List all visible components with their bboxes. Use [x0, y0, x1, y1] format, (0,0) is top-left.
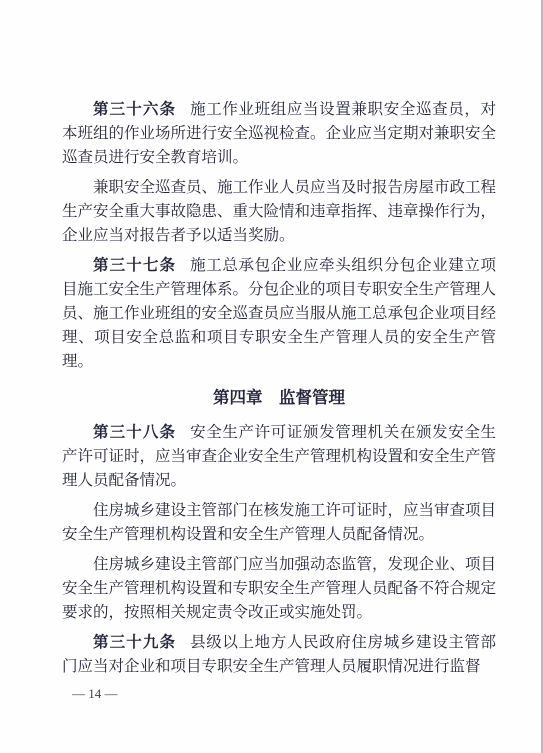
dynamic-supervision-text: 住房城乡建设主管部门应当加强动态监管，发现企业、项目安全生产管理机构设置和专职安…	[62, 556, 496, 621]
article-38-paragraph: 第三十八条安全生产许可证颁发管理机关在颁发安全生产许可证时，应当审查企业安全生产…	[62, 421, 496, 493]
article-36-paragraph: 第三十六条施工作业班组应当设置兼职安全巡查员，对本班组的作业场所进行安全巡视检查…	[62, 98, 496, 170]
document-body: 第三十六条施工作业班组应当设置兼职安全巡查员，对本班组的作业场所进行安全巡视检查…	[62, 98, 496, 703]
construction-permit-review-text: 住房城乡建设主管部门在核发施工许可证时，应当审查项目安全生产管理机构设置和安全生…	[62, 502, 496, 543]
article-38-number: 第三十八条	[93, 424, 176, 441]
article-37-number: 第三十七条	[93, 257, 176, 274]
page-number: — 14 —	[62, 685, 496, 703]
report-duty-text: 兼职安全巡查员、施工作业人员应当及时报告房屋市政工程生产安全重大事故隐患、重大险…	[62, 179, 496, 244]
document-page: 第三十六条施工作业班组应当设置兼职安全巡查员，对本班组的作业场所进行安全巡视检查…	[0, 0, 543, 753]
report-duty-paragraph: 兼职安全巡查员、施工作业人员应当及时报告房屋市政工程生产安全重大事故隐患、重大险…	[62, 176, 496, 248]
article-39-paragraph: 第三十九条县级以上地方人民政府住房城乡建设主管部门应当对企业和项目专职安全生产管…	[62, 631, 496, 679]
article-37-paragraph: 第三十七条施工总承包企业应牵头组织分包企业建立项目施工安全生产管理体系。分包企业…	[62, 254, 496, 374]
article-36-number: 第三十六条	[93, 101, 176, 118]
chapter-4-heading: 第四章 监督管理	[62, 386, 496, 410]
construction-permit-review-paragraph: 住房城乡建设主管部门在核发施工许可证时，应当审查项目安全生产管理机构设置和安全生…	[62, 499, 496, 547]
article-39-number: 第三十九条	[93, 634, 176, 651]
dynamic-supervision-paragraph: 住房城乡建设主管部门应当加强动态监管，发现企业、项目安全生产管理机构设置和专职安…	[62, 553, 496, 625]
